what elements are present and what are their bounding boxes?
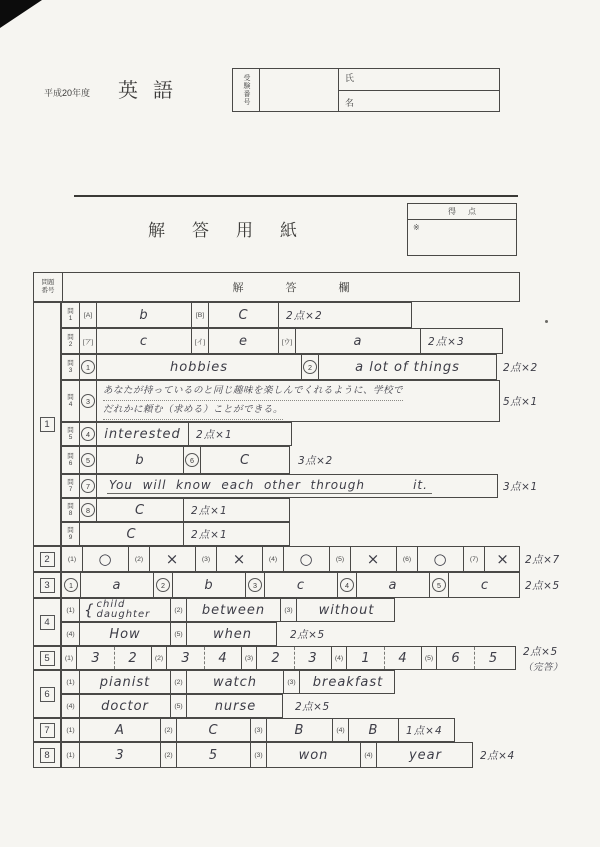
handwritten-answer: 3 — [77, 647, 115, 669]
answer-text: 3 — [115, 748, 124, 763]
handwritten-answer: 3 — [80, 743, 161, 767]
handwritten-answer: B — [349, 719, 399, 741]
handwritten-answer: C — [177, 719, 251, 741]
problem-number-cell: 8 — [33, 742, 61, 768]
sub-question-label: 問4 — [62, 381, 80, 421]
points-note: 2点×1 — [184, 523, 289, 545]
problem-col-line2: 番号 — [42, 287, 55, 295]
divider — [259, 69, 260, 111]
circled-item-number: 1 — [62, 573, 81, 597]
item-label: (2) — [171, 671, 187, 693]
answer-text: pianist — [100, 675, 151, 690]
points-annotation: 3点×1 — [503, 479, 538, 494]
item-label: (3) — [242, 647, 257, 669]
problem-number-cell: 7 — [33, 718, 61, 742]
answer-text: 4 — [398, 651, 407, 666]
answer-text: C — [238, 308, 248, 323]
subject-title: 英語 — [118, 74, 188, 103]
circled-number: 2 — [156, 578, 170, 592]
circled-number: 5 — [81, 453, 95, 467]
answer-text: 2点×1 — [191, 503, 228, 518]
sub-question-label: 問1 — [62, 303, 80, 327]
problem-col-line1: 問題 — [42, 279, 55, 287]
problem-number-cell: 4 — [33, 598, 61, 646]
answer-text: when — [213, 627, 252, 642]
answer-text: nurse — [215, 699, 257, 714]
item-label: (6) — [397, 547, 418, 571]
incorrect-mark: × — [233, 550, 247, 568]
sub-question-label: 問8 — [62, 499, 80, 521]
points-annotation: 2点×5 — [525, 578, 560, 593]
handwritten-answer: e — [209, 329, 279, 353]
sub-question-label: 問2 — [62, 329, 80, 353]
circled-number: 7 — [81, 479, 95, 493]
handwritten-answer: a — [81, 573, 154, 597]
circled-item-number: 4 — [338, 573, 357, 597]
handwritten-answer: 1 — [347, 647, 385, 669]
answer-text: 1 — [361, 651, 370, 666]
answer-text: C — [135, 503, 145, 518]
answer-row: (4)How(5)when — [61, 622, 277, 646]
answer-text: interested — [104, 427, 180, 442]
answer-text: a — [113, 578, 122, 593]
circled-item-number: 5 — [430, 573, 449, 597]
handwritten-answer: b — [97, 303, 192, 327]
answer-text: breakfast — [313, 675, 384, 690]
problem-number: 8 — [40, 748, 55, 763]
item-label: (1) — [62, 547, 83, 571]
answer-text: doctor — [101, 699, 149, 714]
sub-question-label: 問3 — [62, 355, 80, 379]
answer-row: 問65b6C — [61, 446, 290, 474]
answer-row: 問1[A]b[B]C2点×2 — [61, 302, 412, 328]
handwritten-answer: year — [377, 743, 474, 767]
item-label: [ウ] — [279, 329, 296, 353]
answer-row: (1){childdaughter(2)between(3)without — [61, 598, 395, 622]
sub-question-label: 問9 — [62, 523, 80, 545]
handwritten-answer: c — [449, 573, 521, 597]
points-note: 2点×1 — [184, 499, 289, 521]
score-box: 得点 ※ — [407, 203, 517, 256]
points-annotation: 5点×1 — [503, 394, 538, 409]
handwritten-answer: C — [80, 523, 184, 545]
problem-number-cell: 1 — [33, 302, 61, 546]
correct-mark: ○ — [98, 550, 112, 568]
circled-number: 2 — [303, 360, 317, 374]
points-annotation: 2点×7 — [525, 552, 560, 567]
answer-text: How — [109, 627, 140, 642]
handwritten-answer: nurse — [187, 695, 284, 717]
answer-text: a lot of things — [355, 360, 460, 375]
answer-text: a — [389, 578, 398, 593]
handwritten-answer: C — [209, 303, 279, 327]
item-label: (4) — [263, 547, 284, 571]
answer-row: 問77You will know each other through it. — [61, 474, 498, 498]
japanese-answer-line: だれかに頼む（求める）ことができる。 — [103, 401, 283, 420]
sub-question-label: 問5 — [62, 423, 80, 445]
answer-row: (1)pianist(2)watch(3)breakfast — [61, 670, 395, 694]
circled-number: 8 — [81, 503, 95, 517]
sentence-answer-text: You will know each other through it. — [107, 478, 432, 494]
handwritten-answer: 5 — [474, 647, 512, 669]
problem-number: 6 — [40, 687, 55, 702]
circled-item-number: 2 — [302, 355, 319, 379]
handwritten-answer: 2 — [257, 647, 295, 669]
handwritten-answer: 3 — [294, 647, 332, 669]
examinee-info-box: 受験番号 氏 名 — [232, 68, 500, 112]
handwritten-answer: breakfast — [300, 671, 396, 693]
item-label: (2) — [152, 647, 167, 669]
answer-text: 5 — [209, 748, 218, 763]
table-header-problem-col: 問題 番号 — [34, 273, 63, 301]
brace-mark: { — [84, 601, 95, 619]
answer-row: 問2[ア]c[イ]e[ウ]a2点×3 — [61, 328, 503, 354]
exam-year-label: 平成20年度 — [44, 86, 90, 99]
handwritten-answer: watch — [187, 671, 284, 693]
points-note: 2点×1 — [189, 423, 291, 445]
item-label: [イ] — [192, 329, 209, 353]
circled-number: 3 — [248, 578, 262, 592]
points-note: 2点×3 — [421, 329, 502, 353]
circled-item-number: 3 — [80, 381, 97, 421]
item-label: (4) — [361, 743, 377, 767]
mark-answer: × — [351, 547, 397, 571]
handwritten-answer: without — [297, 599, 396, 621]
handwritten-answer: C — [201, 447, 289, 473]
answer-text: c — [297, 578, 305, 593]
circled-number: 1 — [64, 578, 78, 592]
circled-number: 5 — [432, 578, 446, 592]
handwritten-japanese-answer: あなたが持っているのと同じ趣味を楽しんでくれるように、学校でだれかに頼む（求める… — [97, 381, 499, 421]
item-label: (5) — [171, 695, 187, 717]
handwritten-answer: between — [187, 599, 281, 621]
answer-text: 3 — [181, 651, 190, 666]
item-label: (5) — [330, 547, 351, 571]
handwritten-answer: a — [296, 329, 421, 353]
answer-row: 問88C2点×1 — [61, 498, 290, 522]
answer-row: (1)○(2)×(3)×(4)○(5)×(6)○(7)× — [61, 546, 520, 572]
handwritten-answer: doctor — [80, 695, 171, 717]
answer-text: hobbies — [170, 360, 228, 375]
mark-answer: ○ — [284, 547, 330, 571]
divider — [338, 90, 500, 91]
answer-text: B — [369, 723, 379, 738]
item-label: (4) — [333, 719, 349, 741]
answer-text: b — [204, 578, 213, 593]
examinee-number-label: 受験番号 — [233, 69, 259, 111]
answer-row: 問9C2点×1 — [61, 522, 290, 546]
answer-text: between — [202, 603, 265, 618]
circled-item-number: 2 — [154, 573, 173, 597]
answer-row: (4)doctor(5)nurse — [61, 694, 283, 718]
correct-mark: ○ — [433, 550, 447, 568]
handwritten-answer: a — [357, 573, 430, 597]
scanned-answer-sheet: 平成20年度 英語 受験番号 氏 名 解答用紙 得点 ※ 問題 番号 解答欄 1… — [0, 0, 600, 847]
answer-text: watch — [213, 675, 257, 690]
mark-answer: ○ — [83, 547, 129, 571]
scan-dot-artifact — [545, 320, 548, 323]
handwritten-answer: a lot of things — [319, 355, 496, 379]
problem-number: 2 — [40, 552, 55, 567]
handwritten-sentence-answer: You will know each other through it. — [97, 475, 497, 497]
handwritten-answer: b — [173, 573, 246, 597]
japanese-answer-line: あなたが持っているのと同じ趣味を楽しんでくれるように、学校で — [103, 382, 403, 401]
answer-text: b — [135, 453, 144, 468]
answer-text: 2点×1 — [196, 427, 233, 442]
item-label: (1) — [62, 743, 80, 767]
mark-answer: × — [217, 547, 263, 571]
answer-text: e — [239, 334, 248, 349]
answer-text: 6 — [451, 651, 460, 666]
circled-item-number: 5 — [80, 447, 97, 473]
answer-text: 2 — [271, 651, 280, 666]
handwritten-answer: pianist — [80, 671, 171, 693]
handwritten-answer: interested — [97, 423, 189, 445]
answer-text: won — [299, 748, 329, 763]
points-annotation: 2点×5 — [295, 699, 330, 714]
handwritten-answer: 3 — [167, 647, 205, 669]
table-header-answer-col: 解答欄 — [63, 273, 519, 301]
problem-number: 3 — [40, 578, 55, 593]
answer-sheet-title: 解答用紙 — [148, 216, 324, 241]
answer-text: c — [481, 578, 489, 593]
handwritten-answer: b — [97, 447, 184, 473]
item-label: (3) — [251, 743, 267, 767]
sub-question-label: 問7 — [62, 475, 80, 497]
item-label: (3) — [281, 599, 297, 621]
problem-number-cell: 2 — [33, 546, 61, 572]
answer-row: 問31hobbies2a lot of things — [61, 354, 497, 380]
handwritten-answer: 4 — [384, 647, 422, 669]
item-label: (2) — [161, 719, 177, 741]
stacked-answer-line: daughter — [97, 610, 151, 621]
answer-text: C — [126, 527, 136, 542]
handwritten-answer: C — [97, 499, 184, 521]
answer-row: (1)3(2)5(3)won(4)year — [61, 742, 473, 768]
problem-number-cell: 3 — [33, 572, 61, 598]
points-annotation: 3点×2 — [298, 453, 333, 468]
handwritten-answer: 2 — [114, 647, 152, 669]
answer-row: (1)A(2)C(3)B(4)B1点×4 — [61, 718, 455, 742]
answer-text: C — [240, 453, 250, 468]
answer-text: 2 — [128, 651, 137, 666]
answer-text: 3 — [308, 651, 317, 666]
answer-table-header: 問題 番号 解答欄 — [33, 272, 520, 302]
answer-row: 問54interested2点×1 — [61, 422, 292, 446]
handwritten-answer: B — [267, 719, 333, 741]
points-annotation: 2点×4 — [480, 748, 515, 763]
answer-text: without — [319, 603, 375, 618]
answer-text: 4 — [218, 651, 227, 666]
circled-number: 1 — [81, 360, 95, 374]
circled-number: 3 — [81, 394, 95, 408]
problem-number: 1 — [40, 417, 55, 432]
problem-number-cell: 6 — [33, 670, 61, 718]
item-label: (1) — [62, 671, 80, 693]
handwritten-answer: How — [80, 623, 171, 645]
answer-text: 2点×3 — [428, 334, 465, 349]
item-label: (4) — [62, 695, 80, 717]
handwritten-answer: c — [97, 329, 192, 353]
points-annotation: 2点×2 — [503, 360, 538, 375]
score-label: 得点 — [408, 204, 516, 220]
answer-text: B — [295, 723, 305, 738]
item-label: (5) — [422, 647, 437, 669]
item-label: [B] — [192, 303, 209, 327]
circled-item-number: 4 — [80, 423, 97, 445]
mark-answer: ○ — [418, 547, 464, 571]
points-annotation: 2点×5 — [290, 627, 325, 642]
answer-row: 1a2b3c4a5c — [61, 572, 520, 598]
handwritten-answer: c — [265, 573, 338, 597]
answer-text: 1点×4 — [406, 723, 443, 738]
answer-text: c — [140, 334, 148, 349]
scan-corner-artifact — [0, 0, 42, 28]
problem-number: 7 — [40, 723, 55, 738]
sub-question-label: 問6 — [62, 447, 80, 473]
item-label: (2) — [161, 743, 177, 767]
handwritten-answer: won — [267, 743, 361, 767]
problem-number: 4 — [40, 615, 55, 630]
answer-row: 問43あなたが持っているのと同じ趣味を楽しんでくれるように、学校でだれかに頼む（… — [61, 380, 500, 422]
item-label: (4) — [62, 623, 80, 645]
problem-number: 5 — [40, 651, 55, 666]
points-annotation: 2点×5（完答） — [523, 644, 563, 673]
mark-answer: × — [150, 547, 196, 571]
handwritten-answer: when — [187, 623, 278, 645]
item-label: (2) — [171, 599, 187, 621]
circled-item-number: 8 — [80, 499, 97, 521]
item-label: (2) — [129, 547, 150, 571]
handwritten-answer: 6 — [437, 647, 475, 669]
handwritten-answer: A — [80, 719, 161, 741]
item-label: (5) — [171, 623, 187, 645]
circled-number: 6 — [185, 453, 199, 467]
handwritten-answer: hobbies — [97, 355, 302, 379]
mark-answer: × — [485, 547, 521, 571]
circled-number: 4 — [340, 578, 354, 592]
item-label: (1) — [62, 599, 80, 621]
answer-text: C — [208, 723, 218, 738]
answer-row: (1)32(2)34(3)23(4)14(5)65 — [61, 646, 516, 670]
points-note: 1点×4 — [399, 719, 456, 741]
answer-text: a — [354, 334, 363, 349]
correct-mark: ○ — [299, 550, 313, 568]
answer-text: 3 — [91, 651, 100, 666]
score-note-mark: ※ — [413, 223, 420, 232]
problem-number-cell: 5 — [33, 646, 61, 670]
item-label: (4) — [332, 647, 347, 669]
incorrect-mark: × — [367, 550, 381, 568]
circled-number: 4 — [81, 427, 95, 441]
item-label: (1) — [62, 719, 80, 741]
circled-item-number: 3 — [246, 573, 265, 597]
item-label: [ア] — [80, 329, 97, 353]
incorrect-mark: × — [166, 550, 180, 568]
item-label: (1) — [62, 647, 77, 669]
answer-text: 2点×2 — [286, 308, 323, 323]
item-label: (3) — [284, 671, 300, 693]
handwritten-answer: 5 — [177, 743, 251, 767]
points-note: 2点×2 — [279, 303, 411, 327]
answer-text: b — [139, 308, 148, 323]
circled-item-number: 7 — [80, 475, 97, 497]
item-label: (7) — [464, 547, 485, 571]
answer-text: 2点×1 — [191, 527, 228, 542]
circled-item-number: 1 — [80, 355, 97, 379]
name-label-top: 氏 — [345, 71, 354, 84]
header-rule — [74, 195, 518, 197]
incorrect-mark: × — [496, 550, 510, 568]
item-label: (3) — [251, 719, 267, 741]
answer-text: year — [409, 748, 442, 763]
handwritten-answer: 4 — [204, 647, 242, 669]
answer-text: A — [115, 723, 125, 738]
circled-item-number: 6 — [184, 447, 201, 473]
item-label: [A] — [80, 303, 97, 327]
answer-text: 5 — [489, 651, 498, 666]
item-label: (3) — [196, 547, 217, 571]
handwritten-answer: {childdaughter — [80, 599, 171, 621]
name-label-bottom: 名 — [345, 96, 354, 109]
